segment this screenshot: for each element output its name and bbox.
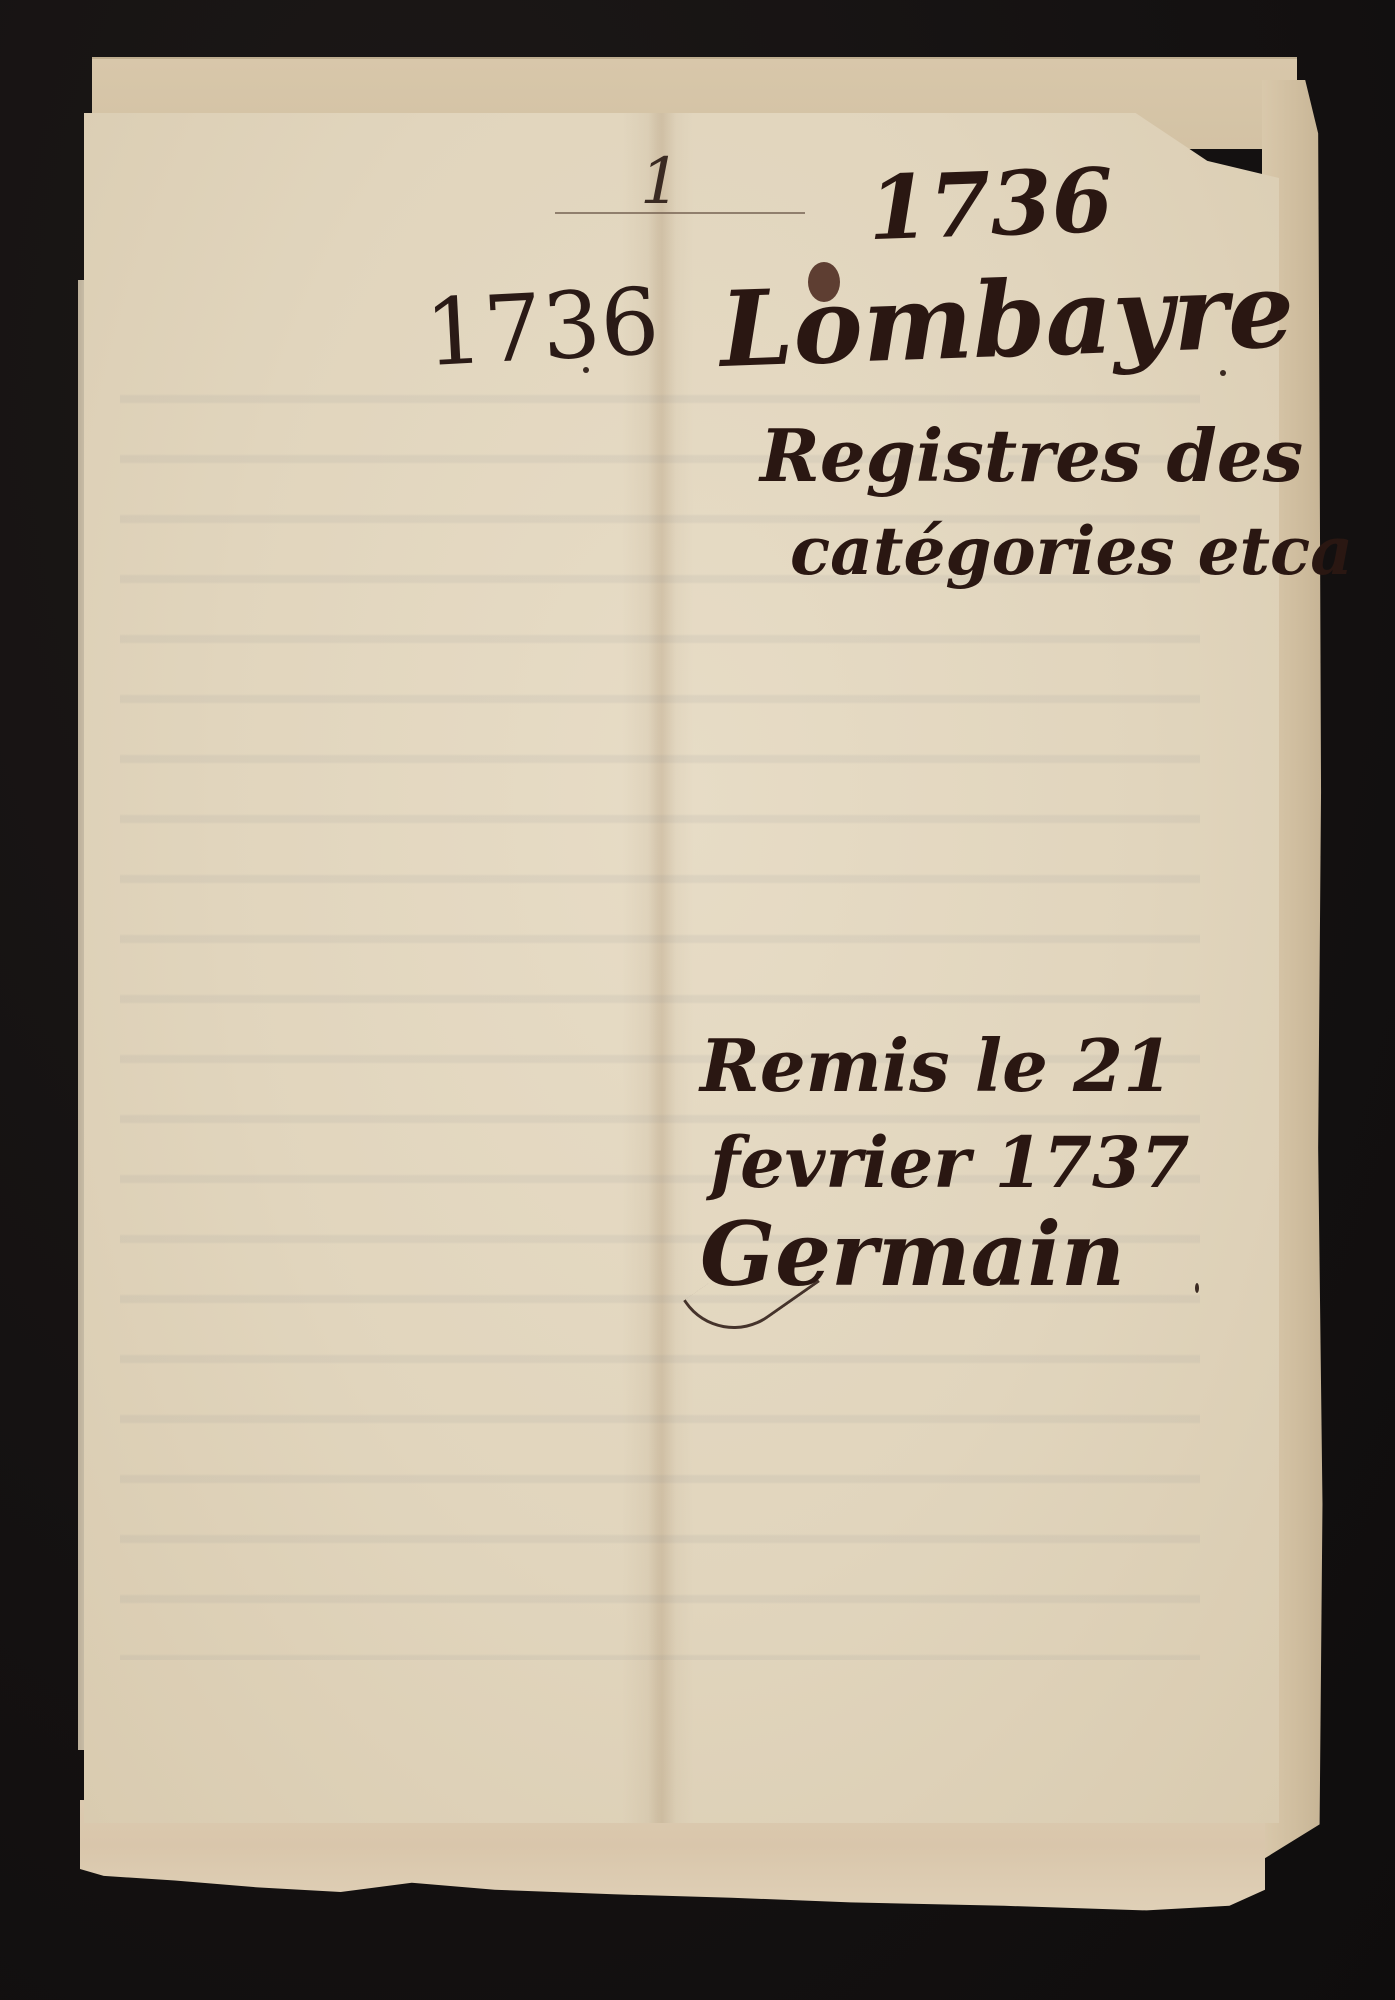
ink-dot [1220,370,1226,376]
header-year: 1736 [867,156,1115,252]
ink-dot [583,367,589,373]
place-name-heading: Lombayre [718,258,1295,382]
title-line-2: catégories etca [790,518,1353,584]
folio-number: 1 [640,150,681,214]
title-line-1: Registres des [760,420,1303,492]
margin-year: 1736 [423,276,662,380]
ink-mark [1195,1283,1199,1293]
annotation-line-2: fevrier 1737 [710,1128,1189,1198]
annotation-line-1: Remis le 21 [700,1030,1173,1102]
